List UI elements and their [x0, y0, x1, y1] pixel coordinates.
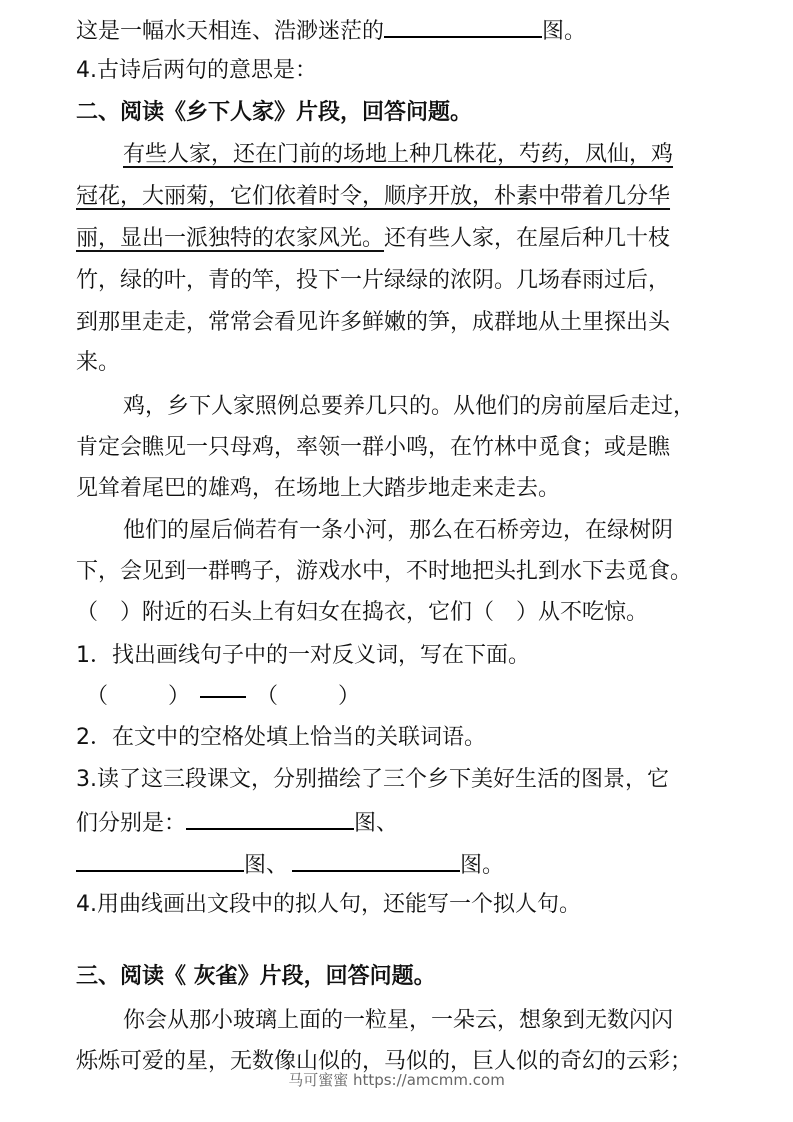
- text-line: 这是一幅水天相连、浩渺迷茫的图。: [76, 14, 721, 44]
- passage-line: 竹，绿的叶，青的竿，投下一片绿绿的浓阴。几场春雨过后，: [76, 266, 721, 296]
- dash-separator: [200, 696, 246, 698]
- passage-line: 鸡，乡下人家照例总要养几只的。从他们的房前屋后走过，: [76, 392, 768, 422]
- passage-line: 冠花，大丽菊，它们依着时令，顺序开放，朴素中带着几分华: [76, 182, 721, 212]
- paren-open: （: [256, 684, 278, 709]
- question-4-poem: 4.古诗后两句的意思是：: [76, 56, 721, 86]
- passage-line: 肯定会瞧见一只母鸡，率领一群小鸣，在竹林中觅食；或是瞧: [76, 433, 721, 463]
- passage-line: 他们的屋后倘若有一条小河，那么在石桥旁边，在绿树阴: [76, 516, 768, 546]
- passage-line: 下，会见到一群鸭子，游戏水中，不时地把头扎到水下去觅食。: [76, 557, 721, 587]
- antonym-answer-row: （）（）: [86, 682, 731, 712]
- question-3-blanks: 图、图。: [76, 848, 721, 878]
- fill-in-blank[interactable]: [384, 14, 542, 38]
- question-3-continued: 们分别是：图、: [76, 806, 721, 836]
- passage-line: 到那里走走，常常会看见许多鲜嫩的笋，成群地从土里探出头: [76, 308, 721, 338]
- passage-line: 你会从那小玻璃上面的一粒星，一朵云，想象到无数闪闪: [76, 1006, 768, 1036]
- passage-line: 见耸着尾巴的雄鸡，在场地上大踏步地走来走去。: [76, 474, 721, 504]
- passage-line-with-blanks: （ ）附近的石头上有妇女在捣衣，它们（ ）从不吃惊。: [76, 598, 721, 628]
- passage-line: 丽，显出一派独特的农家风光。还有些人家，在屋后种几十枝: [76, 224, 721, 254]
- underlined-sentence: 冠花，大丽菊，它们依着时令，顺序开放，朴素中带着几分华: [76, 184, 670, 209]
- paren-close: ）: [338, 684, 360, 709]
- question-3: 3.读了这三段课文，分别描绘了三个乡下美好生活的图景，它: [76, 765, 721, 795]
- fill-in-blank[interactable]: [292, 848, 460, 872]
- passage-text: 还有些人家，在屋后种几十枝: [384, 226, 670, 251]
- section-2-title: 二、阅读《乡下人家》片段，回答问题。: [76, 98, 721, 128]
- underlined-sentence: 有些人家，还在门前的场地上种几株花，芍药，凤仙，鸡: [123, 142, 673, 167]
- passage-line: 来。: [76, 348, 721, 378]
- question-suffix: 图。: [460, 853, 504, 878]
- question-suffix: 图、: [354, 811, 398, 836]
- sentence-text: 这是一幅水天相连、浩渺迷茫的: [76, 19, 384, 44]
- question-4: 4.用曲线画出文段中的拟人句，还能写一个拟人句。: [76, 890, 721, 920]
- paren-close: ）: [168, 684, 190, 709]
- question-2: 2．在文中的空格处填上恰当的关联词语。: [76, 723, 721, 753]
- section-3-title: 三、阅读《 灰雀》片段，回答问题。: [76, 962, 721, 992]
- paren-open: （: [86, 684, 108, 709]
- passage-line: 有些人家，还在门前的场地上种几株花，芍药，凤仙，鸡: [76, 140, 768, 170]
- watermark-footer: 马可蜜蜜 https://amcmm.com: [0, 1070, 793, 1090]
- question-suffix: 图、: [244, 853, 288, 878]
- question-1: 1．找出画线句子中的一对反义词，写在下面。: [76, 641, 721, 671]
- underlined-sentence: 丽，显出一派独特的农家风光。: [76, 226, 384, 251]
- sentence-suffix: 图。: [542, 19, 586, 44]
- question-text: 们分别是：: [76, 811, 186, 836]
- fill-in-blank[interactable]: [186, 806, 354, 830]
- fill-in-blank[interactable]: [76, 848, 244, 872]
